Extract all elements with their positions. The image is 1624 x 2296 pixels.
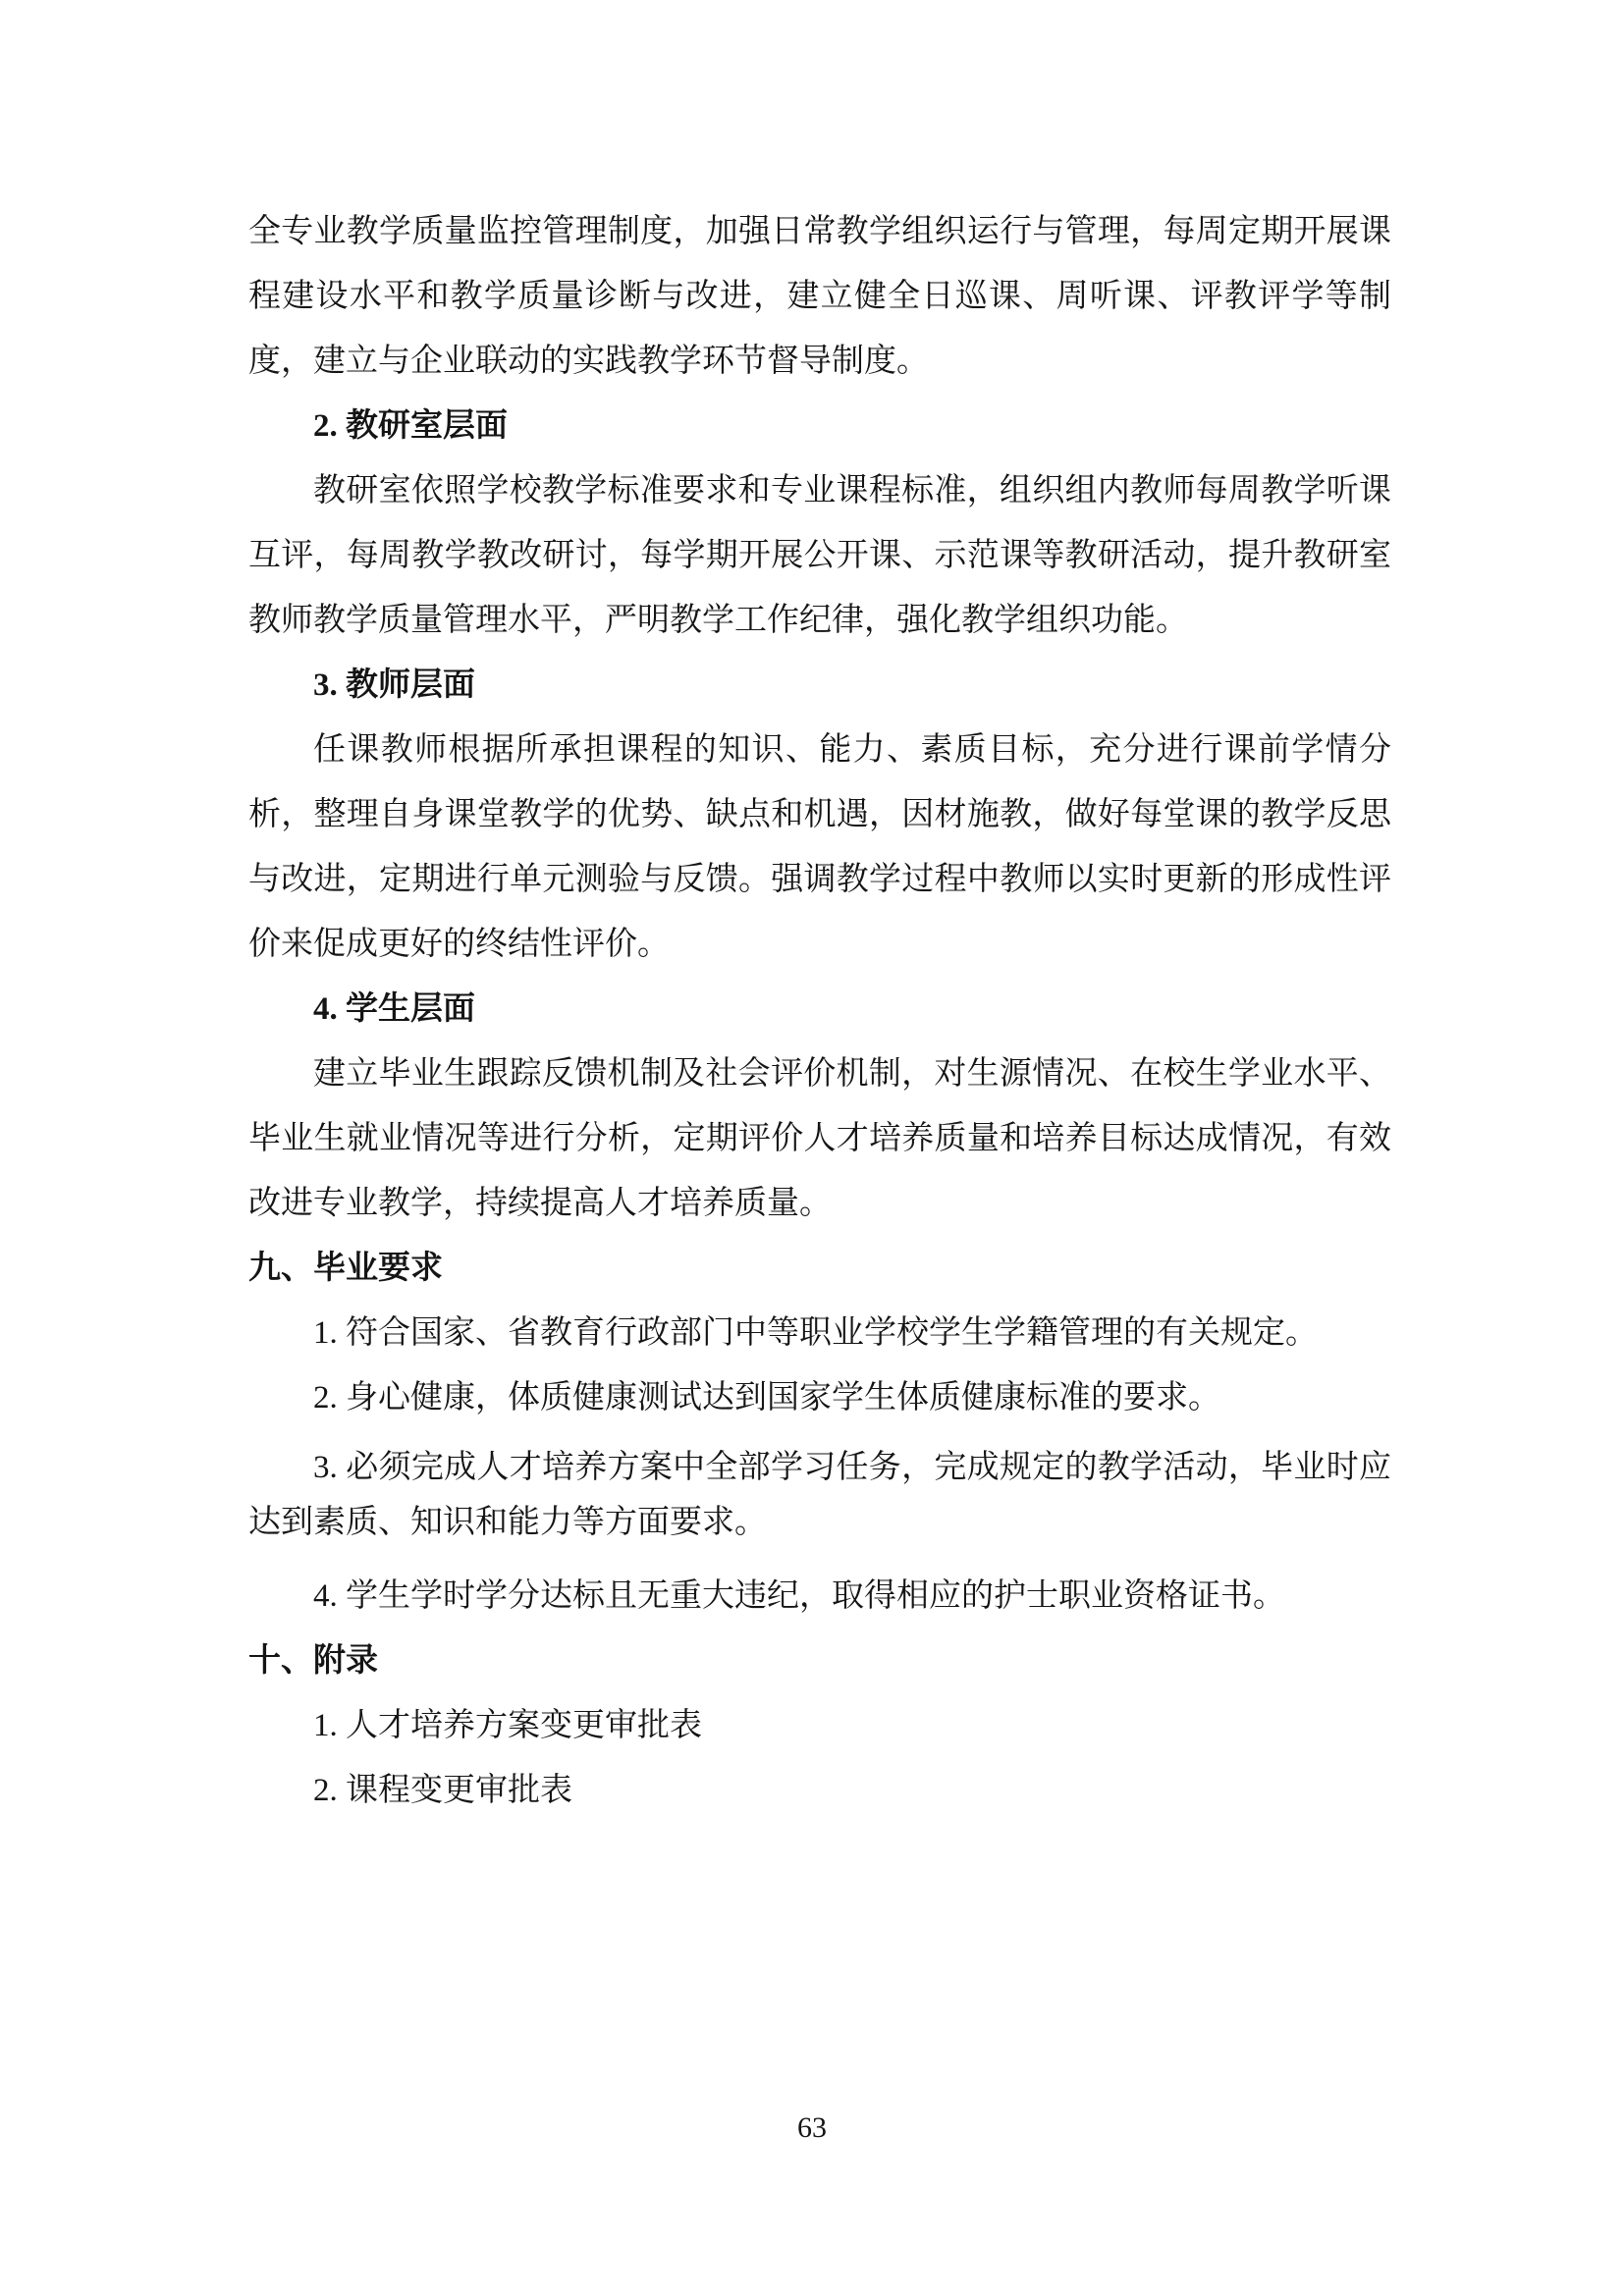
page-number: 63 (0, 2110, 1624, 2146)
graduation-requirement-item-2: 2. 身心健康，体质健康测试达到国家学生体质健康标准的要求。 (248, 1365, 1391, 1430)
graduation-requirement-item-3: 3. 必须完成人才培养方案中全部学习任务，完成规定的教学活动，毕业时应达到素质、… (248, 1440, 1391, 1550)
heading-section10-appendix: 十、附录 (248, 1629, 1391, 1693)
document-page: 全专业教学质量监控管理制度，加强日常教学组织运行与管理，每周定期开展课程建设水平… (0, 0, 1624, 2296)
heading-teacher-level: 3. 教师层面 (248, 653, 1391, 718)
heading-section9-graduation-requirements: 九、毕业要求 (248, 1236, 1391, 1301)
heading-student-level: 4. 学生层面 (248, 977, 1391, 1041)
paragraph-quality-monitoring-system: 全专业教学质量监控管理制度，加强日常教学组织运行与管理，每周定期开展课程建设水平… (248, 199, 1391, 394)
paragraph-teacher-level: 任课教师根据所承担课程的知识、能力、素质目标，充分进行课前学情分析，整理自身课堂… (248, 718, 1391, 977)
graduation-requirement-item-4: 4. 学生学时学分达标且无重大违纪，取得相应的护士职业资格证书。 (248, 1564, 1391, 1629)
page-body: 全专业教学质量监控管理制度，加强日常教学组织运行与管理，每周定期开展课程建设水平… (248, 199, 1391, 1823)
paragraph-teaching-research-office: 教研室依照学校教学标准要求和专业课程标准，组织组内教师每周教学听课互评，每周教学… (248, 458, 1391, 653)
appendix-item-1: 1. 人才培养方案变更审批表 (248, 1693, 1391, 1758)
paragraph-student-level: 建立毕业生跟踪反馈机制及社会评价机制，对生源情况、在校生学业水平、毕业生就业情况… (248, 1041, 1391, 1236)
appendix-item-2: 2. 课程变更审批表 (248, 1758, 1391, 1823)
heading-teaching-research-office-level: 2. 教研室层面 (248, 394, 1391, 458)
graduation-requirement-item-1: 1. 符合国家、省教育行政部门中等职业学校学生学籍管理的有关规定。 (248, 1301, 1391, 1365)
